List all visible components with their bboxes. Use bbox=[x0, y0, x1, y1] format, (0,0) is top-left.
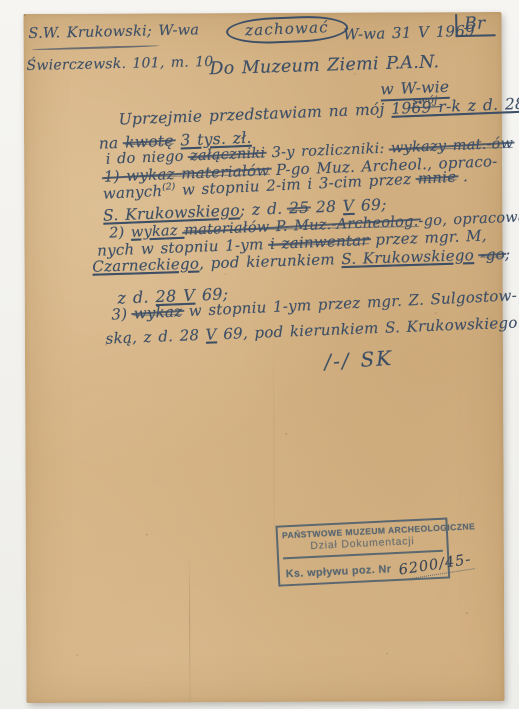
manuscript-segment: S. Krukowskiego bbox=[341, 246, 474, 268]
manuscript-segment: 69; bbox=[354, 196, 387, 215]
manuscript-segment: 28 bbox=[309, 197, 343, 216]
manuscript-segment: 69, pod kierunkiem S. Krukowskiego. bbox=[216, 313, 519, 343]
archive-stamp: PAŃSTWOWE MUZEUM ARCHEOLOGICZNE Dział Do… bbox=[275, 517, 450, 586]
sender-name: S.W. Krukowski; W-wa bbox=[28, 22, 199, 42]
manuscript-segment: na bbox=[98, 134, 125, 153]
manuscript-line: Uprzejmie przedstawiam na mój 1969 r-k z… bbox=[118, 93, 519, 129]
manuscript-segment: -go bbox=[480, 245, 505, 264]
manuscript-segment: Uprzejmie przedstawiam na mój bbox=[118, 100, 391, 129]
stamp-entry-number: 6200/45- bbox=[395, 551, 474, 581]
manuscript-segment: ; z d. bbox=[239, 199, 289, 219]
stamp-entry-row: Ks. wpływu poz. Nr 6200/45- bbox=[283, 550, 444, 585]
corner-mark: Br bbox=[455, 13, 496, 37]
manuscript-segment: (2) bbox=[162, 181, 176, 193]
recipient-line: Do Muzeum Ziemi P.A.N. bbox=[209, 52, 439, 79]
sender-address: Świerczewsk. 101, m. 10 bbox=[26, 54, 213, 74]
paper-specks bbox=[23, 14, 25, 16]
manuscript-segment: wykaz bbox=[133, 302, 182, 322]
manuscript-segment: 2) bbox=[109, 225, 131, 242]
circled-annotation: zachować bbox=[226, 14, 349, 45]
manuscript-segment: ską, z d. 28 bbox=[105, 326, 206, 348]
underline-stroke bbox=[32, 45, 160, 51]
manuscript-segment: 25 bbox=[289, 199, 310, 218]
paper-crease bbox=[189, 553, 191, 701]
manuscript-segment: , pod kierunkiem bbox=[199, 250, 342, 272]
manuscript-segment: mnie bbox=[417, 168, 456, 188]
document-paper: S.W. Krukowski; W-wa Świerczewsk. 101, m… bbox=[23, 12, 504, 703]
manuscript-segment: wanych bbox=[102, 182, 162, 203]
stamp-entry-label: Ks. wpływu poz. Nr bbox=[286, 563, 392, 580]
manuscript-segment: Czarneckiego bbox=[92, 254, 199, 275]
signature: /-/ SK bbox=[324, 346, 394, 374]
paper-crease-faint bbox=[273, 313, 275, 573]
